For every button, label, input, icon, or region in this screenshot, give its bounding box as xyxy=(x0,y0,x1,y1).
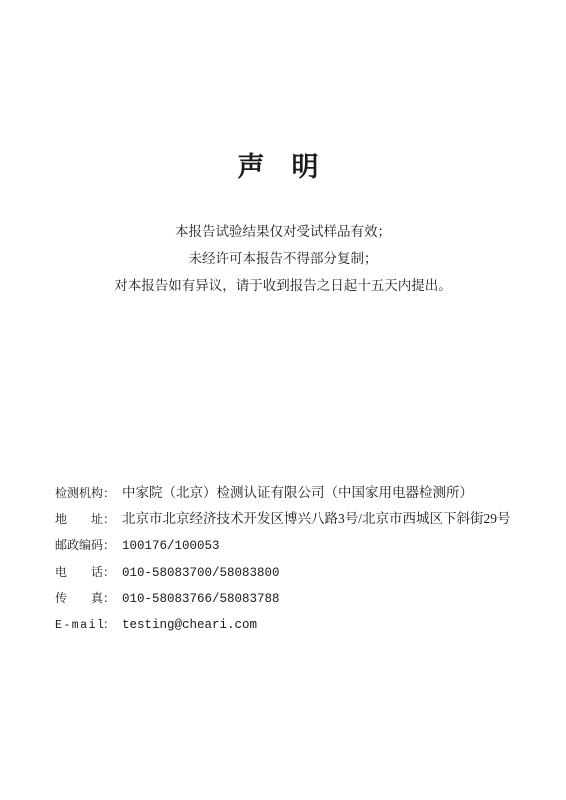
contact-separator: ： xyxy=(103,585,116,611)
statement-block: 本报告试验结果仅对受试样品有效； 未经许可本报告不得部分复制； 对本报告如有异议… xyxy=(0,218,566,299)
contact-separator: ： xyxy=(103,532,116,558)
page-title: 声 明 xyxy=(0,150,561,184)
statement-line-2: 未经许可本报告不得部分复制； xyxy=(0,245,566,272)
contact-separator: ： xyxy=(103,480,116,506)
contact-value: testing@cheari.com xyxy=(122,618,257,632)
contact-row-testing-organization: 检测机构：中家院（北京）检测认证有限公司（中国家用电器检测所） xyxy=(55,480,511,506)
contact-label: 检测机构 xyxy=(55,480,103,506)
contact-row-postal-code: 邮政编码：100176/100053 xyxy=(55,532,511,558)
contact-label: 传真 xyxy=(55,585,103,611)
contact-label: E-mail xyxy=(55,613,103,639)
contact-label: 电话 xyxy=(55,559,103,585)
contact-value: 北京市北京经济技术开发区博兴八路3号/北京市西城区下斜街29号 xyxy=(122,511,511,526)
statement-line-3: 对本报告如有异议，请于收到报告之日起十五天内提出。 xyxy=(0,272,566,299)
declaration-document-page: 声 明 本报告试验结果仅对受试样品有效； 未经许可本报告不得部分复制； 对本报告… xyxy=(0,0,566,800)
contact-row-fax: 传真：010-58083766/58083788 xyxy=(55,585,511,611)
contact-value: 010-58083700/58083800 xyxy=(122,566,280,580)
contact-info-block: 检测机构：中家院（北京）检测认证有限公司（中国家用电器检测所） 地址：北京市北京… xyxy=(55,480,511,637)
contact-label: 地址 xyxy=(55,506,103,532)
contact-value: 010-58083766/58083788 xyxy=(122,592,280,606)
contact-separator: ： xyxy=(103,506,116,532)
contact-label: 邮政编码 xyxy=(55,532,103,558)
contact-separator: ： xyxy=(103,611,116,637)
contact-value: 100176/100053 xyxy=(122,539,220,553)
statement-line-1: 本报告试验结果仅对受试样品有效； xyxy=(0,218,566,245)
contact-separator: ： xyxy=(103,559,116,585)
contact-row-telephone: 电话：010-58083700/58083800 xyxy=(55,559,511,585)
contact-row-address: 地址：北京市北京经济技术开发区博兴八路3号/北京市西城区下斜街29号 xyxy=(55,506,511,532)
contact-value: 中家院（北京）检测认证有限公司（中国家用电器检测所） xyxy=(122,485,473,500)
contact-row-email: E-mail：testing@cheari.com xyxy=(55,611,511,637)
